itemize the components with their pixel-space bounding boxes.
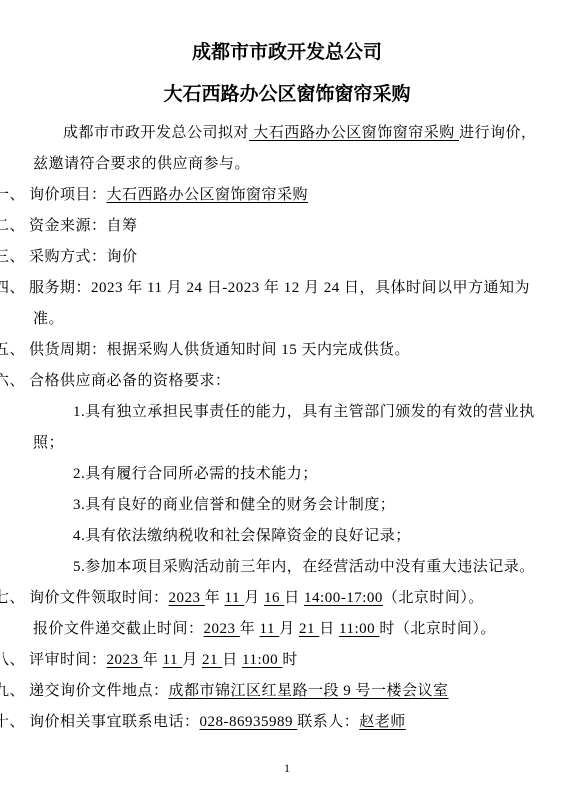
underlined-field: 21 (299, 621, 319, 637)
item-text: 3.具有良好的商业信誉和健全的财务会计制度； (73, 497, 395, 513)
item-text: 询价相关事宜联系电话：028-86935989 联系人：赵老师 (29, 714, 406, 730)
underlined-field: 2023 (204, 621, 240, 637)
item-text: 合格供应商必备的资格要求： (29, 373, 231, 389)
text-segment: 成都市市政开发总公司拟对 (63, 125, 249, 141)
list-item: 二、资金来源：自筹 (33, 211, 541, 242)
list-item: 六、合格供应商必备的资格要求： (33, 366, 541, 397)
item-text: 采购方式：询价 (29, 249, 138, 265)
underlined-field: 11:00 (242, 652, 282, 668)
text-segment: 5.参加本项目采购活动前三年内，在经营活动中没有重大违法记录。 (73, 559, 535, 575)
text-segment: 4.具有依法缴纳税收和社会保障资金的良好记录； (73, 528, 411, 544)
text-segment: 日 (222, 652, 242, 668)
list-item: 1.具有独立承担民事责任的能力，具有主管部门颁发的有效的营业执照； (33, 397, 541, 459)
underlined-field: 2023 (169, 590, 205, 606)
list-item: 报价文件递交截止时间：2023 年 11 月 21 日 11:00 时（北京时间… (33, 614, 541, 645)
text-segment: 月 (279, 621, 299, 637)
list-item: 五、供货周期：根据采购人供货通知时间 15 天内完成供货。 (33, 335, 541, 366)
list-item: 三、采购方式：询价 (33, 242, 541, 273)
text-segment: 3.具有良好的商业信誉和健全的财务会计制度； (73, 497, 395, 513)
list-item: 2.具有履行合同所必需的技术能力； (33, 459, 541, 490)
list-item: 3.具有良好的商业信誉和健全的财务会计制度； (33, 490, 541, 521)
underlined-field: 14:00-17:00 (304, 590, 383, 606)
item-number: 九、 (0, 683, 25, 699)
item-text: 报价文件递交截止时间：2023 年 11 月 21 日 11:00 时（北京时间… (33, 621, 496, 637)
underlined-field: 大石西路办公区窗饰窗帘采购 (249, 125, 459, 141)
text-segment: （北京时间）。 (383, 590, 484, 606)
text-segment: 报价文件递交截止时间： (33, 621, 204, 637)
underlined-field: 11 (225, 590, 245, 606)
text-segment: 日 (319, 621, 339, 637)
text-segment: 时 (282, 652, 298, 668)
item-number: 五、 (0, 342, 25, 358)
text-segment: 年 (143, 652, 163, 668)
text-segment: 服务期：2023 年 11 月 24 日-2023 年 12 月 24 日，具体… (29, 280, 530, 327)
text-segment: 月 (244, 590, 264, 606)
text-segment: 递交询价文件地点： (29, 683, 169, 699)
text-segment: 询价文件领取时间： (29, 590, 169, 606)
intro-paragraph: 成都市市政开发总公司拟对 大石西路办公区窗饰窗帘采购 进行询价，兹邀请符合要求的… (33, 118, 541, 180)
text-segment: 询价项目： (29, 187, 107, 203)
item-list: 一、询价项目：大石西路办公区窗饰窗帘采购二、资金来源：自筹三、采购方式：询价四、… (33, 180, 541, 738)
item-number: 三、 (0, 249, 25, 265)
item-text: 询价文件领取时间：2023 年 11 月 16 日 14:00-17:00（北京… (29, 590, 484, 606)
text-segment: 月 (182, 652, 202, 668)
item-text: 2.具有履行合同所必需的技术能力； (73, 466, 318, 482)
text-segment: 日 (284, 590, 304, 606)
doc-title-project: 大石西路办公区窗饰窗帘采购 (33, 74, 541, 116)
item-number: 十、 (0, 714, 25, 730)
list-item: 四、服务期：2023 年 11 月 24 日-2023 年 12 月 24 日，… (33, 273, 541, 335)
text-segment: 供货周期：根据采购人供货通知时间 15 天内完成供货。 (29, 342, 410, 358)
text-segment: 评审时间： (29, 652, 107, 668)
item-text: 询价项目：大石西路办公区窗饰窗帘采购 (29, 187, 308, 203)
underlined-field: 赵老师 (359, 714, 406, 730)
item-number: 六、 (0, 373, 25, 389)
text-segment: 采购方式：询价 (29, 249, 138, 265)
item-text: 1.具有独立承担民事责任的能力，具有主管部门颁发的有效的营业执照； (33, 404, 535, 451)
underlined-field: 028-86935989 (200, 714, 298, 730)
text-segment: 2.具有履行合同所必需的技术能力； (73, 466, 318, 482)
text-segment: 时（北京时间）。 (379, 621, 496, 637)
list-item: 七、询价文件领取时间：2023 年 11 月 16 日 14:00-17:00（… (33, 583, 541, 614)
document-content: 成都市市政开发总公司 大石西路办公区窗饰窗帘采购 成都市市政开发总公司拟对 大石… (0, 0, 574, 738)
text-segment: 联系人： (297, 714, 359, 730)
underlined-field: 成都市锦江区红星路一段 9 号一楼会议室 (169, 683, 449, 699)
list-item: 4.具有依法缴纳税收和社会保障资金的良好记录； (33, 521, 541, 552)
list-item: 一、询价项目：大石西路办公区窗饰窗帘采购 (33, 180, 541, 211)
list-item: 5.参加本项目采购活动前三年内，在经营活动中没有重大违法记录。 (33, 552, 541, 583)
list-item: 八、评审时间：2023 年 11 月 21 日 11:00 时 (33, 645, 541, 676)
underlined-field: 大石西路办公区窗饰窗帘采购 (107, 187, 309, 203)
doc-title-company: 成都市市政开发总公司 (33, 32, 541, 74)
underlined-field: 16 (264, 590, 284, 606)
underlined-field: 11:00 (339, 621, 379, 637)
item-text: 资金来源：自筹 (29, 218, 138, 234)
document-page: 成都市市政开发总公司 大石西路办公区窗饰窗帘采购 成都市市政开发总公司拟对 大石… (0, 0, 574, 792)
text-segment: 年 (205, 590, 225, 606)
item-text: 供货周期：根据采购人供货通知时间 15 天内完成供货。 (29, 342, 410, 358)
underlined-field: 21 (202, 652, 222, 668)
text-segment: 资金来源：自筹 (29, 218, 138, 234)
list-item: 九、递交询价文件地点：成都市锦江区红星路一段 9 号一楼会议室 (33, 676, 541, 707)
item-text: 4.具有依法缴纳税收和社会保障资金的良好记录； (73, 528, 411, 544)
item-number: 四、 (0, 280, 25, 296)
text-segment: 合格供应商必备的资格要求： (29, 373, 231, 389)
item-number: 一、 (0, 187, 25, 203)
item-text: 5.参加本项目采购活动前三年内，在经营活动中没有重大违法记录。 (73, 559, 535, 575)
item-text: 递交询价文件地点：成都市锦江区红星路一段 9 号一楼会议室 (29, 683, 449, 699)
item-number: 八、 (0, 652, 25, 668)
page-number: 1 (0, 761, 574, 775)
underlined-field: 11 (260, 621, 280, 637)
text-segment: 询价相关事宜联系电话： (29, 714, 200, 730)
list-item: 十、询价相关事宜联系电话：028-86935989 联系人：赵老师 (33, 707, 541, 738)
text-segment: 年 (240, 621, 260, 637)
item-text: 评审时间：2023 年 11 月 21 日 11:00 时 (29, 652, 298, 668)
text-segment: 1.具有独立承担民事责任的能力，具有主管部门颁发的有效的营业执照； (33, 404, 535, 451)
underlined-field: 2023 (107, 652, 143, 668)
document-body: 成都市市政开发总公司拟对 大石西路办公区窗饰窗帘采购 进行询价，兹邀请符合要求的… (33, 118, 541, 738)
item-number: 二、 (0, 218, 25, 234)
underlined-field: 11 (163, 652, 183, 668)
item-number: 七、 (0, 590, 25, 606)
item-text: 服务期：2023 年 11 月 24 日-2023 年 12 月 24 日，具体… (29, 280, 530, 327)
